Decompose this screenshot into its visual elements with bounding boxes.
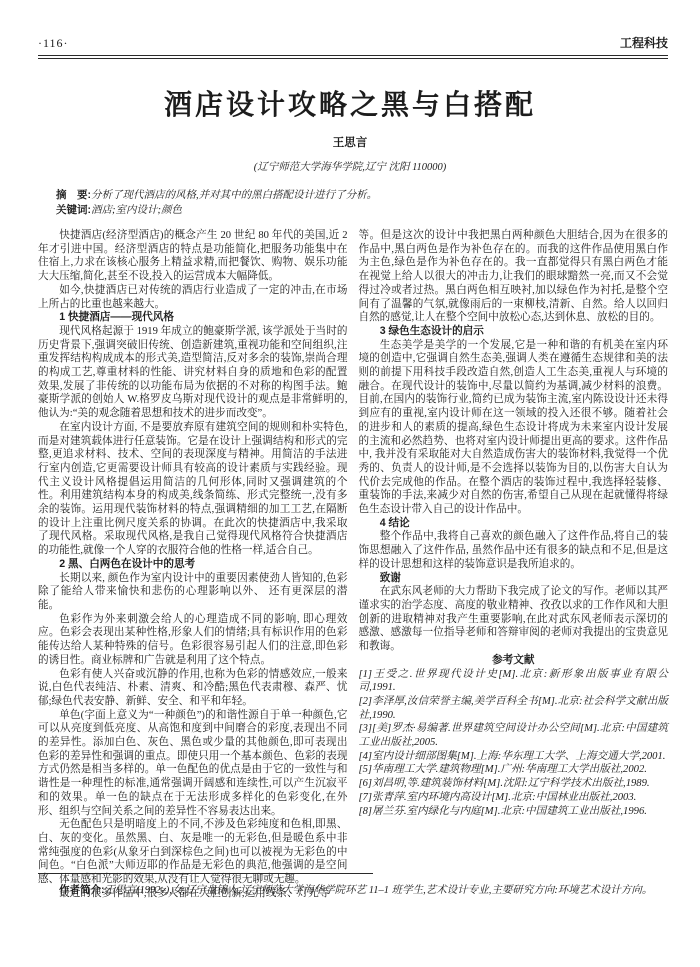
paragraph: 长期以来, 颜色作为室内设计中的重要因素使劲人皆知的,色彩除了能给人带来愉快和悲…	[38, 572, 348, 613]
reference-item: [4]室内设计细部图集[M].上海:华东理工大学、上海交通大学,2001.	[359, 750, 669, 764]
section-heading-2: 2 黑、白两色在设计中的思考	[38, 558, 348, 572]
abstract-label: 摘 要:	[56, 189, 91, 201]
author-affiliation: (辽宁师范大学海华学院,辽宁 沈阳 110000)	[0, 159, 700, 174]
reference-item: [2]李泽厚,汝信荣誉主编,美学百科全书[M].北京:社会科学文献出版社,199…	[359, 695, 669, 722]
footer-rule	[38, 873, 373, 874]
page-footer: 作者简介:王思言(1992–),女,辽宁盘锦人,辽宁师范大学海华学院环艺 11–…	[38, 873, 668, 899]
page-header: ·116· 工程科技	[0, 0, 700, 51]
references-heading: 参考文献	[359, 654, 669, 668]
right-column: 等。但是这次的设计中我把黑白两种颜色大胆结合,因为在很多的作品中,黑白两色是作为…	[359, 229, 669, 900]
abstract-block: 摘 要:分析了现代酒店的风格,并对其中的黑白搭配设计进行了分析。 关键词:酒店;…	[56, 188, 644, 218]
author-bio-text: 王思言(1992–),女,辽宁盘锦人,辽宁师范大学海华学院环艺 11–1 班学生…	[105, 885, 653, 896]
journal-section-label: 工程科技	[620, 34, 668, 51]
article-body: 快捷酒店(经济型酒店)的概念产生 20 世纪 80 年代的美国,近 2 年才引进…	[0, 218, 700, 900]
reference-item: [8]屠兰芬.室内绿化与内庭[M].北京:中国建筑工业出版社,1996.	[359, 805, 669, 819]
acknowledgement-heading: 致谢	[359, 572, 669, 586]
page-number: ·116·	[38, 36, 69, 51]
author-bio: 作者简介:王思言(1992–),女,辽宁盘锦人,辽宁师范大学海华学院环艺 11–…	[38, 883, 668, 899]
keywords-line: 关键词:酒店;室内设计;颜色	[56, 203, 644, 218]
keywords-text: 酒店;室内设计;颜色	[91, 205, 182, 216]
paragraph: 如今,快捷酒店已对传统的酒店行业造成了一定的冲击,在市场上所占的比重也越来越大。	[38, 284, 348, 311]
abstract-text: 分析了现代酒店的风格,并对其中的黑白搭配设计进行了分析。	[91, 190, 377, 201]
reference-item: [7]张青萍.室内环境内高设计[M].北京:中国林业出版社,2003.	[359, 791, 669, 805]
section-heading-3: 3 绿色生态设计的启示	[359, 325, 669, 339]
reference-item: [5]华南理工大学.建筑物理[M].广州:华南理工大学出版社,2002.	[359, 763, 669, 777]
abstract-line: 摘 要:分析了现代酒店的风格,并对其中的黑白搭配设计进行了分析。	[56, 188, 644, 203]
paragraph: 生态美学是美学的一个发展,它是一种和谐的有机美在室内环境的创造中,它强调自然生态…	[359, 339, 669, 517]
paragraph: 在室内设计方面, 不是要放弃原有建筑空间的规则和朴实特色,而是对建筑载体进行任意…	[38, 421, 348, 558]
author-name: 王思言	[0, 134, 700, 150]
journal-page: ·116· 工程科技 酒店设计攻略之黑与白搭配 王思言 (辽宁师范大学海华学院,…	[0, 0, 700, 967]
paragraph-continuation: 等。但是这次的设计中我把黑白两种颜色大胆结合,因为在很多的作品中,黑白两色是作为…	[359, 229, 669, 325]
reference-item: [6]刘昌明,等.建筑装饰材料[M].沈阳:辽宁科学技术出版社,1989.	[359, 777, 669, 791]
reference-item: [1]王受之.世界现代设计史[M].北京:新形象出版事业有限公司,1991.	[359, 668, 669, 695]
header-double-rule	[38, 55, 668, 59]
paragraph: 单色(字面上意义为“一种颜色”)的和谐性源自于单一种颜色,它可以从亮度到低亮度、…	[38, 709, 348, 819]
paragraph: 快捷酒店(经济型酒店)的概念产生 20 世纪 80 年代的美国,近 2 年才引进…	[38, 229, 348, 284]
article-title: 酒店设计攻略之黑与白搭配	[0, 83, 700, 123]
paragraph: 在武东风老师的大力帮助下我完成了论文的写作。老师以其严谨求实的治学态度、高度的敬…	[359, 585, 669, 654]
section-heading-4: 4 结论	[359, 517, 669, 531]
left-column: 快捷酒店(经济型酒店)的概念产生 20 世纪 80 年代的美国,近 2 年才引进…	[38, 229, 348, 900]
author-bio-label: 作者简介:	[59, 884, 105, 896]
reference-item: [3][美]罗杰·易编著.世界建筑空间设计办公空间[M].北京:中国建筑工业出版…	[359, 722, 669, 749]
paragraph: 色彩作为外来刺激会给人的心理造成不同的影响, 即心理效应。色彩会表现出某种性格,…	[38, 613, 348, 668]
paragraph: 色彩有使人兴奋或沉静的作用,也称为色彩的情感效应,一般来说,白色代表纯洁、朴素、…	[38, 668, 348, 709]
section-heading-1: 1 快捷酒店——现代风格	[38, 311, 348, 325]
keywords-label: 关键词:	[56, 204, 91, 216]
paragraph: 整个作品中,我将自己喜欢的颜色融入了这件作品,将自己的装饰思想融入了这件作品, …	[359, 530, 669, 571]
paragraph: 现代风格起源于 1919 年成立的鲍豪斯学派, 该学派处于当时的历史背景下,强调…	[38, 325, 348, 421]
